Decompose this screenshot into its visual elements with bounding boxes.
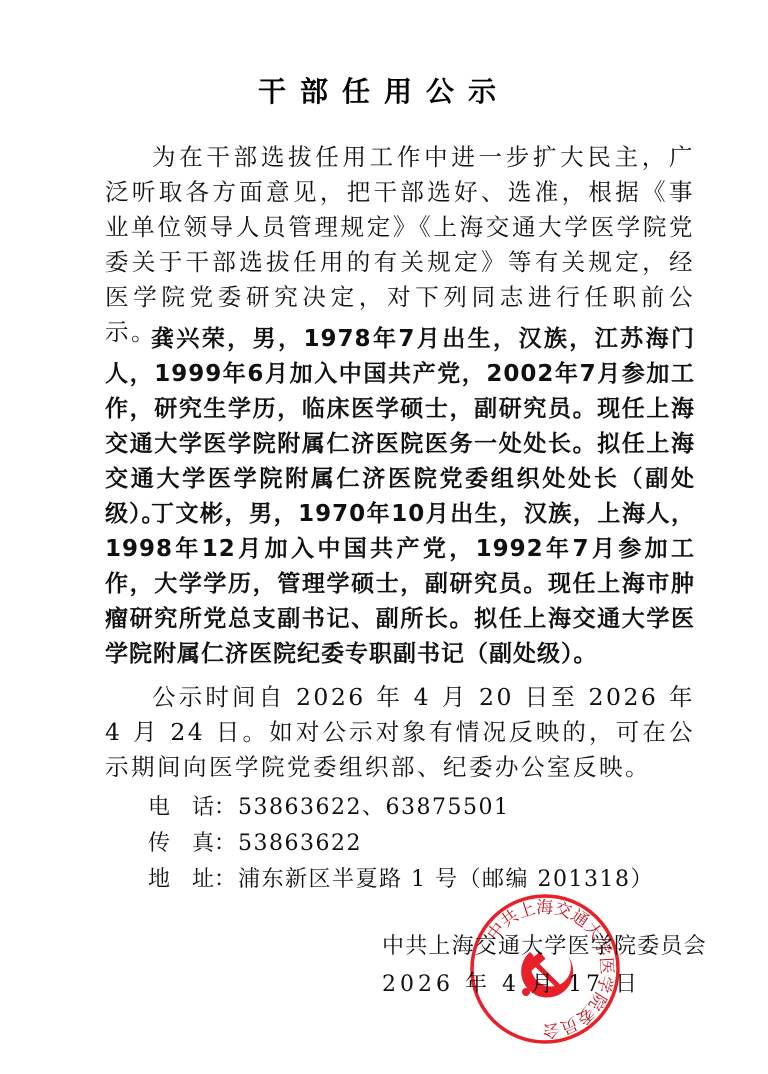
document-page: 干部任用公示 为在干部选拔任用工作中进一步扩大民主，广泛听取各方面意见，把干部选…: [0, 0, 768, 1074]
contact-label: 地址：: [148, 862, 238, 898]
contact-label: 电话：: [148, 790, 238, 826]
phone-value: 53863622、63875501: [238, 790, 509, 826]
signature-organization: 中共上海交通大学医学院委员会: [382, 928, 688, 966]
contact-row-address: 地址： 浦东新区半夏路 1 号（邮编 201318）: [148, 862, 654, 898]
contact-label-char: 真：: [192, 831, 236, 856]
contact-label-char: 电: [148, 790, 192, 826]
contact-label-char: 传: [148, 826, 192, 862]
signature-date: 2026 年 4 月 17 日: [382, 966, 688, 1004]
document-title: 干部任用公示: [0, 72, 768, 112]
candidate-block-2: 丁文彬，男，1970年10月出生，汉族，上海人，1998年12月加入中国共产党，…: [105, 497, 695, 672]
notice-paragraph: 公示时间自 2026 年 4 月 20 日至 2026 年 4 月 24 日。如…: [105, 680, 695, 785]
contact-label-char: 地: [148, 862, 192, 898]
signature-block: 中共上海交通大学医学院委员会 2026 年 4 月 17 日: [382, 928, 688, 1004]
notice-block: 公示时间自 2026 年 4 月 20 日至 2026 年 4 月 24 日。如…: [105, 680, 695, 785]
contact-list: 电话： 53863622、63875501 传真： 53863622 地址： 浦…: [148, 790, 654, 898]
contact-label: 传真：: [148, 826, 238, 862]
contact-label-char: 址：: [192, 867, 236, 892]
intro-paragraph: 为在干部选拔任用工作中进一步扩大民主，广泛听取各方面意见，把干部选好、选准，根据…: [105, 140, 695, 350]
contact-label-char: 话：: [192, 795, 236, 820]
candidate-paragraph: 丁文彬，男，1970年10月出生，汉族，上海人，1998年12月加入中国共产党，…: [105, 497, 695, 672]
fax-value: 53863622: [238, 826, 362, 862]
contact-row-fax: 传真： 53863622: [148, 826, 654, 862]
address-value: 浦东新区半夏路 1 号（邮编 201318）: [238, 862, 654, 898]
intro-block: 为在干部选拔任用工作中进一步扩大民主，广泛听取各方面意见，把干部选好、选准，根据…: [105, 140, 695, 350]
contact-row-phone: 电话： 53863622、63875501: [148, 790, 654, 826]
